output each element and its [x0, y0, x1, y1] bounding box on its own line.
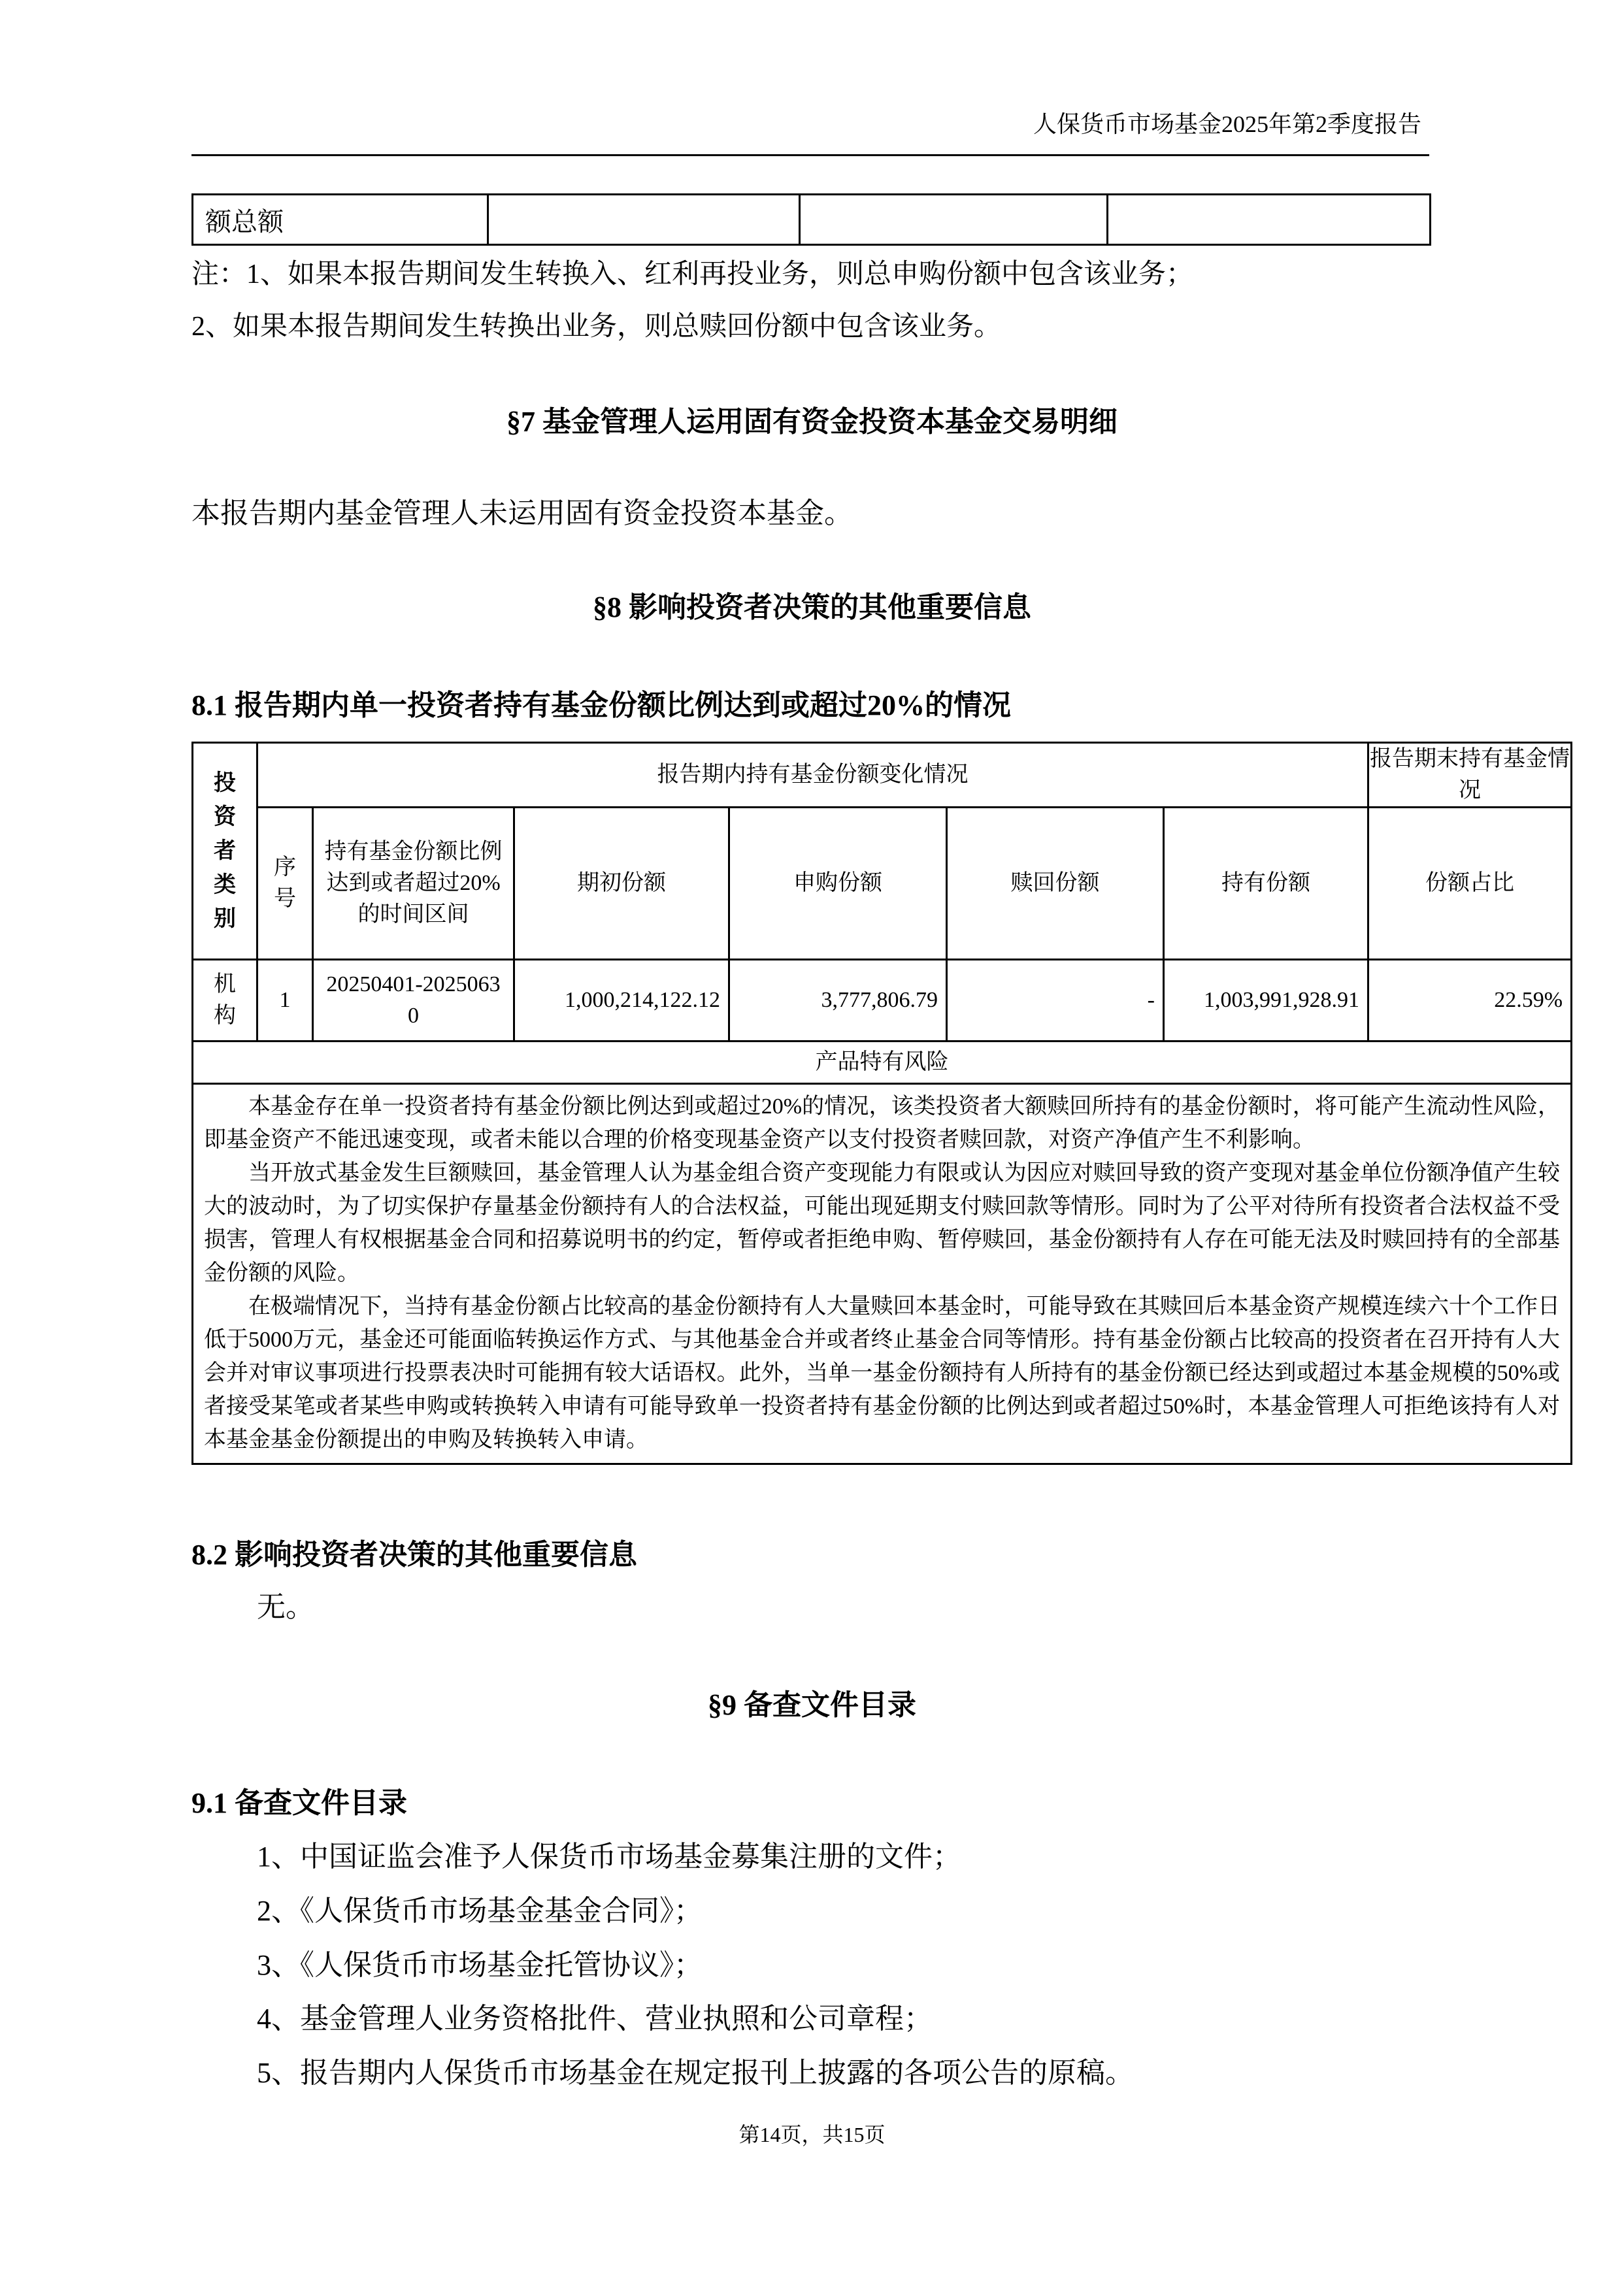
header-begin-shares: 期初份额 [514, 808, 729, 960]
header-interval: 持有基金份额比例达到或者超过20%的时间区间 [313, 808, 514, 960]
header-group-end: 报告期末持有基金情况 [1368, 743, 1572, 808]
cell-redeem-shares: - [947, 960, 1164, 1041]
header-subscribe-shares: 申购份额 [729, 808, 947, 960]
risk-body: 本基金存在单一投资者持有基金份额比例达到或超过20%的情况，该类投资者大额赎回所… [193, 1084, 1572, 1464]
cell-interval-value: 20250401-20250630 [322, 969, 505, 1032]
header-investor-type: 投资者类别 [193, 743, 257, 960]
risk-paragraph: 本基金存在单一投资者持有基金份额比例达到或超过20%的情况，该类投资者大额赎回所… [204, 1090, 1560, 1156]
section-7-body: 本报告期内基金管理人未运用固有资金投资本基金。 [191, 494, 853, 533]
header-seq: 序号 [257, 808, 313, 960]
document-list-item: 4、基金管理人业务资格批件、营业执照和公司章程； [257, 1999, 933, 2039]
page-indicator: 第14页，共15页 [0, 2120, 1624, 2149]
risk-body-row: 本基金存在单一投资者持有基金份额比例达到或超过20%的情况，该类投资者大额赎回所… [193, 1084, 1572, 1464]
table-cell [488, 195, 800, 245]
section-8-2-body: 无。 [257, 1588, 314, 1627]
header-divider [191, 154, 1429, 156]
cell-interval: 20250401-20250630 [313, 960, 514, 1041]
major-holder-table: 投资者类别 报告期内持有基金份额变化情况 报告期末持有基金情况 序号 持有基金份… [191, 742, 1572, 1465]
cell-hold-shares: 1,003,991,928.91 [1164, 960, 1368, 1041]
section-9-1-title: 9.1 备查文件目录 [191, 1784, 407, 1823]
risk-paragraph: 在极端情况下，当持有基金份额占比较高的基金份额持有人大量赎回本基金时，可能导致在… [204, 1290, 1560, 1456]
cell-share-ratio: 22.59% [1368, 960, 1572, 1041]
section-9-title: §9 备查文件目录 [0, 1686, 1624, 1725]
document-list-item: 5、报告期内人保货币市场基金在规定报刊上披露的各项公告的原稿。 [257, 2054, 1134, 2093]
header-group-change: 报告期内持有基金份额变化情况 [257, 743, 1368, 808]
document-list-item: 3、《人保货币市场基金托管协议》； [257, 1946, 703, 1985]
table-row: 额总额 [193, 195, 1431, 245]
cell-seq: 1 [257, 960, 313, 1041]
risk-title: 产品特有风险 [193, 1041, 1572, 1084]
section-8-1-title: 8.1 报告期内单一投资者持有基金份额比例达到或超过20%的情况 [191, 686, 1011, 725]
report-header-title: 人保货币市场基金2025年第2季度报告 [1033, 108, 1421, 140]
cell-begin-shares: 1,000,214,122.12 [514, 960, 729, 1041]
cell-subscribe-shares: 3,777,806.79 [729, 960, 947, 1041]
header-seq-label: 序号 [273, 852, 297, 915]
header-investor-type-label: 投资者类别 [212, 766, 238, 936]
table-group-header-row: 投资者类别 报告期内持有基金份额变化情况 报告期末持有基金情况 [193, 743, 1572, 808]
table-cell-label: 额总额 [193, 195, 488, 245]
note-1: 注：1、如果本报告期间发生转换入、红利再投业务，则总申购份额中包含该业务； [191, 255, 1193, 294]
header-redeem-shares: 赎回份额 [947, 808, 1164, 960]
document-list-item: 2、《人保货币市场基金基金合同》； [257, 1892, 703, 1931]
risk-title-row: 产品特有风险 [193, 1041, 1572, 1084]
section-8-title: §8 影响投资者决策的其他重要信息 [0, 588, 1624, 627]
note-2: 2、如果本报告期间发生转换出业务，则总赎回份额中包含该业务。 [191, 307, 1001, 346]
section-8-2-title: 8.2 影响投资者决策的其他重要信息 [191, 1535, 637, 1575]
header-interval-label: 持有基金份额比例达到或者超过20%的时间区间 [320, 836, 506, 930]
table-row: 机构 1 20250401-20250630 1,000,214,122.12 … [193, 960, 1572, 1041]
document-list-item: 1、中国证监会准予人保货币市场基金募集注册的文件； [257, 1837, 961, 1877]
section-7-title: §7 基金管理人运用固有资金投资本基金交易明细 [0, 402, 1624, 442]
risk-paragraph: 当开放式基金发生巨额赎回，基金管理人认为基金组合资产变现能力有限或认为因应对赎回… [204, 1156, 1560, 1290]
table-column-header-row: 序号 持有基金份额比例达到或者超过20%的时间区间 期初份额 申购份额 赎回份额… [193, 808, 1572, 960]
cell-investor-type: 机构 [193, 960, 257, 1041]
table-cell [800, 195, 1108, 245]
table-cell [1108, 195, 1431, 245]
header-hold-shares: 持有份额 [1164, 808, 1368, 960]
continued-table: 额总额 [191, 193, 1431, 246]
cell-investor-type-value: 机构 [213, 969, 237, 1032]
header-share-ratio: 份额占比 [1368, 808, 1572, 960]
